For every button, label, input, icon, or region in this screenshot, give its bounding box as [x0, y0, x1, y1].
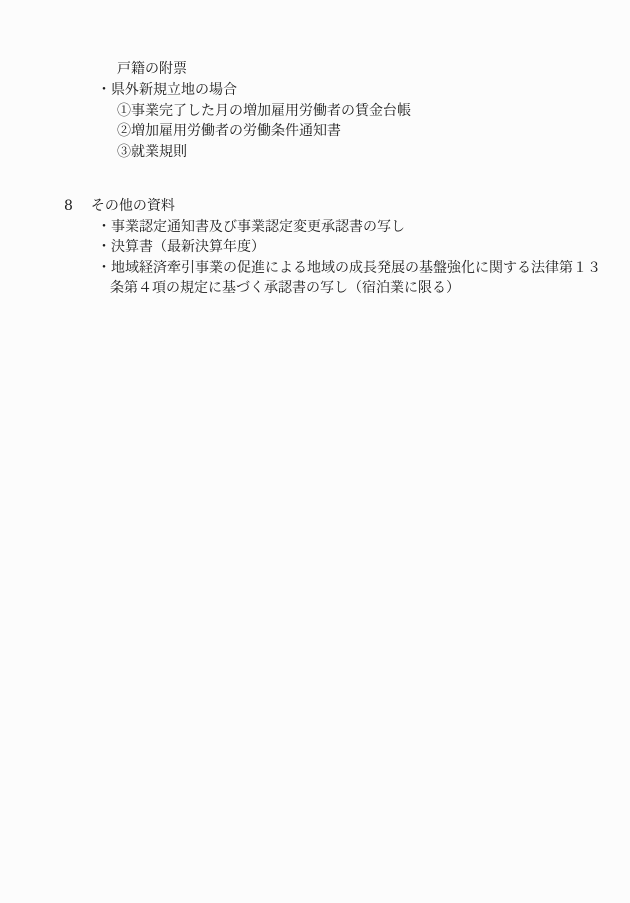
attachment-numbered-item-3: ③就業規則 — [0, 142, 630, 163]
attachment-list-block: 戸籍の附票 ・県外新規立地の場合 ①事業完了した月の増加雇用労働者の賃金台帳 ②… — [0, 59, 630, 163]
other-doc-bullet-2: ・決算書（最新決算年度） — [0, 237, 630, 258]
attachment-numbered-item-2: ②増加雇用労働者の労働条件通知書 — [0, 121, 630, 142]
document-page: 戸籍の附票 ・県外新規立地の場合 ①事業完了した月の増加雇用労働者の賃金台帳 ②… — [0, 0, 630, 903]
other-doc-bullet-3: ・地域経済牽引事業の促進による地域の成長発展の基盤強化に関する法律第１３ — [0, 258, 630, 279]
section-heading: 8その他の資料 — [0, 196, 630, 217]
other-doc-bullet-1: ・事業認定通知書及び事業認定変更承認書の写し — [0, 217, 630, 238]
attachment-line-koseki: 戸籍の附票 — [0, 59, 630, 80]
attachment-line-kengai-case: ・県外新規立地の場合 — [0, 80, 630, 101]
section-number: 8 — [64, 198, 73, 214]
section-title: その他の資料 — [91, 198, 175, 214]
other-doc-bullet-3-continuation: 条第４項の規定に基づく承認書の写し（宿泊業に限る） — [0, 278, 630, 299]
attachment-numbered-item-1: ①事業完了した月の増加雇用労働者の賃金台帳 — [0, 101, 630, 122]
other-documents-section: 8その他の資料 ・事業認定通知書及び事業認定変更承認書の写し ・決算書（最新決算… — [0, 196, 630, 299]
